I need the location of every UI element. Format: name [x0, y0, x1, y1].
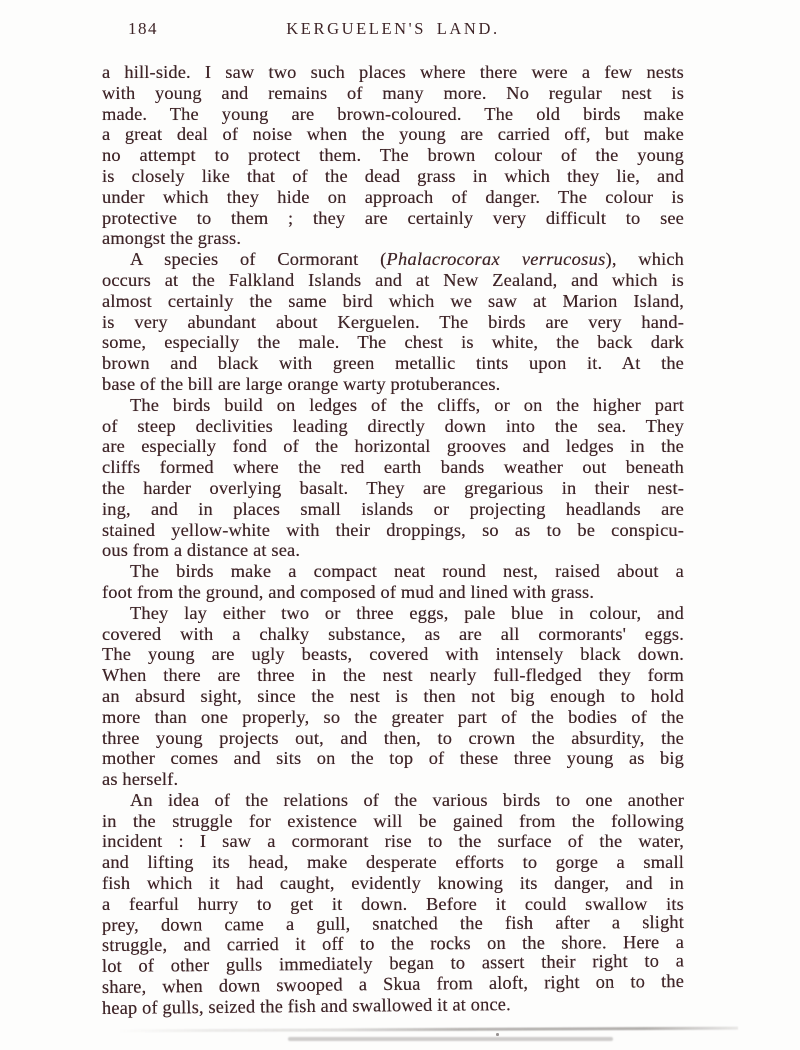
text-line: cliffs formed where the red earth bands … — [102, 457, 684, 478]
paragraph: A species of Cormorant (Phalacrocorax ve… — [102, 249, 684, 395]
paragraph: An idea of the relations of the various … — [102, 790, 684, 1019]
text-line: They lay either two or three eggs, pale … — [102, 603, 684, 624]
text-line: stained yellow-white with their dropping… — [102, 520, 684, 541]
text-line: The birds build on ledges of the cliffs,… — [102, 395, 684, 416]
text-line: amongst the grass. — [102, 228, 684, 249]
paragraph: They lay either two or three eggs, pale … — [102, 603, 684, 790]
text-line: and lifting its head, make desperate eff… — [102, 852, 684, 873]
text-line: the harder overlying basalt. They are gr… — [102, 478, 684, 499]
text-line: A species of Cormorant (Phalacrocorax ve… — [102, 249, 684, 270]
text-line: covered with a chalky substance, as are … — [102, 624, 684, 645]
book-page: 184 KERGUELEN'S LAND. a hill-side. I saw… — [0, 0, 800, 1050]
paragraph: The birds make a compact neat round nest… — [102, 561, 684, 603]
text-line: protective to them ; they are certainly … — [102, 208, 684, 229]
text-line: of steep declivities leading directly do… — [102, 416, 684, 437]
scan-artifact-speck — [496, 1033, 499, 1036]
text-line: are especially fond of the horizontal gr… — [102, 436, 684, 457]
text-line: fish which it had caught, evidently know… — [102, 873, 684, 894]
text-line: made. The young are brown-coloured. The … — [102, 104, 684, 125]
text-line: brown and black with green metallic tint… — [102, 353, 684, 374]
scan-artifact-line — [288, 1037, 613, 1041]
text-line: An idea of the relations of the various … — [102, 790, 684, 811]
running-header: 184 KERGUELEN'S LAND. — [102, 19, 684, 43]
paragraph: a hill-side. I saw two such places where… — [102, 62, 684, 249]
text-line: is very abundant about Kerguelen. The bi… — [102, 312, 684, 333]
text-line: The young are ugly beasts, covered with … — [102, 644, 684, 665]
text-line: mother comes and sits on the top of thes… — [102, 748, 684, 769]
text-line: incident : I saw a cormorant rise to the… — [102, 831, 684, 852]
text-line: ous from a distance at sea. — [102, 540, 684, 561]
text-line: foot from the ground, and composed of mu… — [102, 582, 684, 603]
text-line: in the struggle for existence will be ga… — [102, 811, 684, 832]
text-line: a hill-side. I saw two such places where… — [102, 62, 684, 83]
text-line: some, especially the male. The chest is … — [102, 332, 684, 353]
text-line: with young and remains of many more. No … — [102, 83, 684, 104]
text-line: no attempt to protect them. The brown co… — [102, 145, 684, 166]
text-line: an absurd sight, since the nest is then … — [102, 686, 684, 707]
text-line: occurs at the Falkland Islands and at Ne… — [102, 270, 684, 291]
text-line: When there are three in the nest nearly … — [102, 665, 684, 686]
text-line: The birds make a compact neat round nest… — [102, 561, 684, 582]
text-line: is closely like that of the dead grass i… — [102, 166, 684, 187]
text-line: almost certainly the same bird which we … — [102, 291, 684, 312]
scan-artifact-line — [118, 1027, 738, 1032]
text-line: as herself. — [102, 769, 684, 790]
text-line: heap of gulls, seized the fish and swall… — [102, 992, 684, 1018]
text-line: base of the bill are large orange warty … — [102, 374, 684, 395]
text-line: three young projects out, and then, to c… — [102, 728, 684, 749]
text-line: ing, and in places small islands or proj… — [102, 499, 684, 520]
text-line: more than one properly, so the greater p… — [102, 707, 684, 728]
text-line: a great deal of noise when the young are… — [102, 124, 684, 145]
text-block: a hill-side. I saw two such places where… — [102, 62, 684, 1019]
text-line: under which they hide on approach of dan… — [102, 187, 684, 208]
paragraph: The birds build on ledges of the cliffs,… — [102, 395, 684, 561]
running-title: KERGUELEN'S LAND. — [102, 19, 684, 39]
